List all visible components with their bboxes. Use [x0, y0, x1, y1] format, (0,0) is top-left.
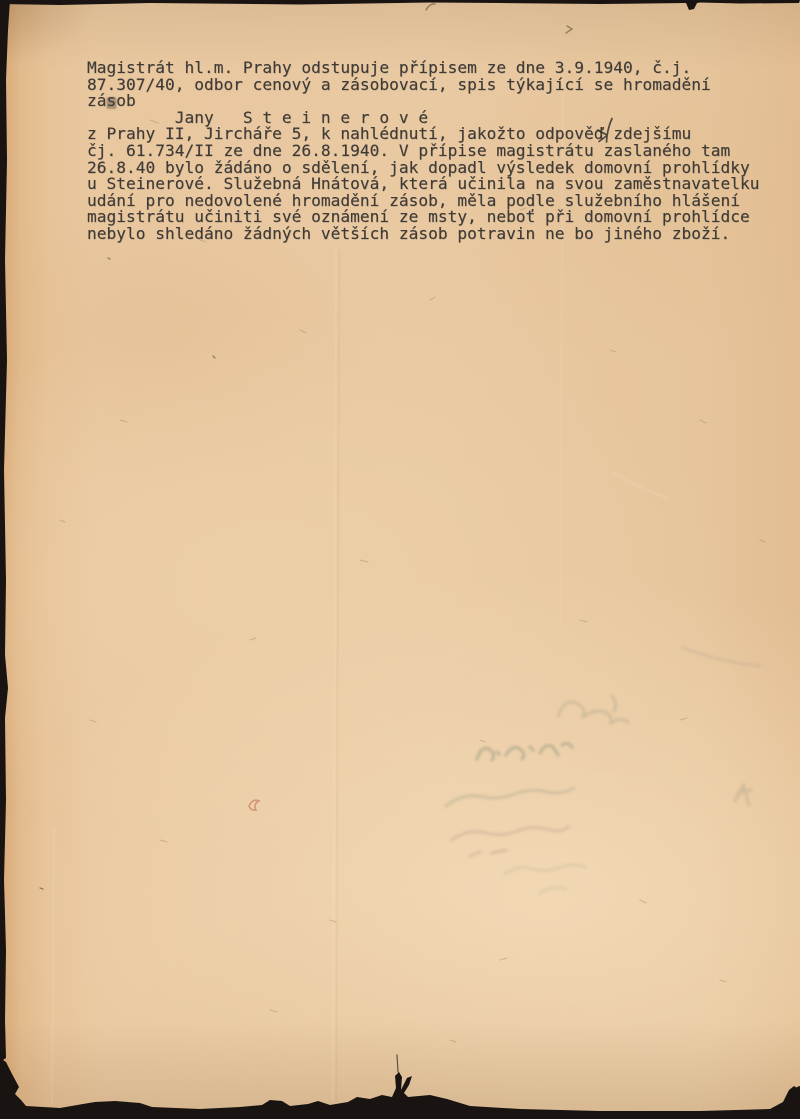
paper-bottom-shading: [0, 1020, 800, 1119]
typewritten-text: Magistrát hl.m. Prahy odstupuje přípisem…: [87, 60, 759, 243]
scanned-document-page: Magistrát hl.m. Prahy odstupuje přípisem…: [0, 0, 800, 1119]
